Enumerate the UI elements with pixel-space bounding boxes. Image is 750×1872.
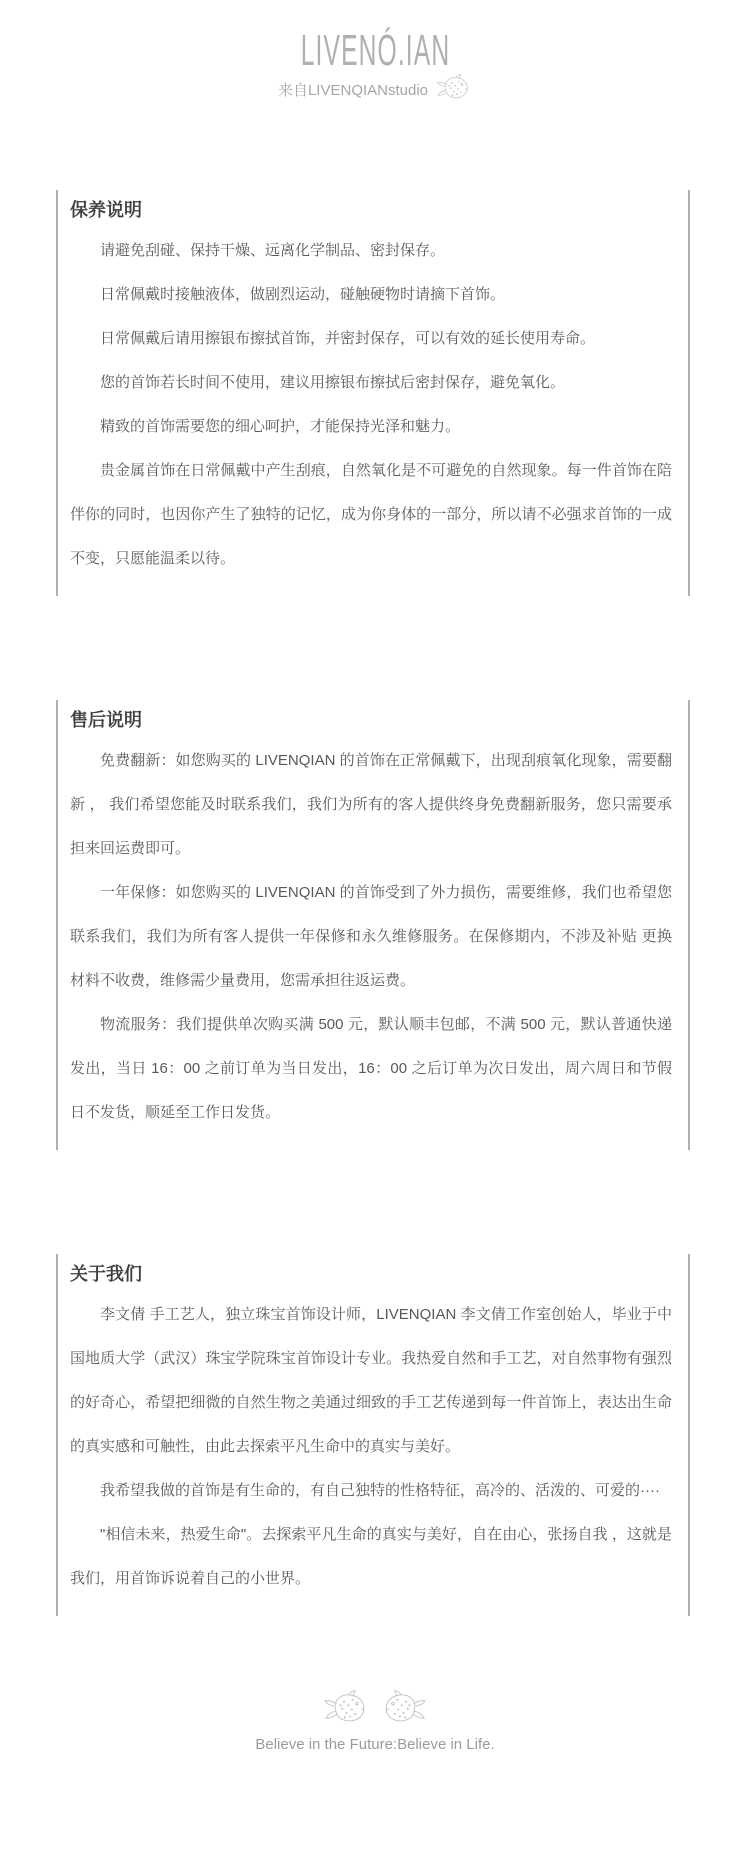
brand-subtitle: 来自LIVENQIANstudio <box>278 81 428 101</box>
aftersales-paragraph: 物流服务：我们提供单次购买满 500 元，默认顺丰包邮，不满 500 元，默认普… <box>70 1003 672 1135</box>
footer-slogan: Believe in the Future:Believe in Life. <box>0 1734 750 1756</box>
section-aftersales-title: 售后说明 <box>70 705 672 735</box>
pufferfish-icon-mirrored <box>380 1688 432 1726</box>
brand-header: LIVENÓ.IAN 来自LIVENQIANstudio <box>0 0 750 102</box>
about-paragraph: 我希望我做的首饰是有生命的，有自己独特的性格特征，高冷的、活泼的、可爱的···· <box>70 1469 672 1513</box>
about-paragraph: 李文倩 手工艺人，独立珠宝首饰设计师，LIVENQIAN 李文倩工作室创始人，毕… <box>70 1293 672 1469</box>
care-paragraph: 日常佩戴时接触液体，做剧烈运动，碰触硬物时请摘下首饰。 <box>70 273 672 317</box>
pufferfish-icon <box>432 72 472 102</box>
brand-logo: LIVENÓ.IAN <box>300 26 450 76</box>
section-care-title: 保养说明 <box>70 195 672 225</box>
section-aftersales: 售后说明 免费翻新：如您购买的 LIVENQIAN 的首饰在正常佩戴下，出现刮痕… <box>56 700 690 1150</box>
aftersales-paragraph: 免费翻新：如您购买的 LIVENQIAN 的首饰在正常佩戴下，出现刮痕氧化现象，… <box>70 739 672 871</box>
brand-subtitle-row: 来自LIVENQIANstudio <box>0 80 750 102</box>
pufferfish-icon <box>318 1688 370 1726</box>
aftersales-paragraph: 一年保修：如您购买的 LIVENQIAN 的首饰受到了外力损伤，需要维修，我们也… <box>70 871 672 1003</box>
section-care: 保养说明 请避免刮碰、保持干燥、远离化学制品、密封保存。 日常佩戴时接触液体，做… <box>56 190 690 596</box>
section-about-us-title: 关于我们 <box>70 1259 672 1289</box>
care-paragraph: 您的首饰若长时间不使用，建议用擦银布擦拭后密封保存，避免氧化。 <box>70 361 672 405</box>
care-paragraph: 请避免刮碰、保持干燥、远离化学制品、密封保存。 <box>70 229 672 273</box>
care-paragraph: 日常佩戴后请用擦银布擦拭首饰，并密封保存，可以有效的延长使用寿命。 <box>70 317 672 361</box>
footer-sketches <box>0 1688 750 1726</box>
page-footer: Believe in the Future:Believe in Life. <box>0 1688 750 1756</box>
care-paragraph: 贵金属首饰在日常佩戴中产生刮痕，自然氧化是不可避免的自然现象。每一件首饰在陪伴你… <box>70 449 672 581</box>
page: LIVENÓ.IAN 来自LIVENQIANstudio 保养说明 请避免刮碰、… <box>0 0 750 1872</box>
about-paragraph: "相信未来，热爱生命"。去探索平凡生命的真实与美好，自在由心，张扬自我 ，这就是… <box>70 1513 672 1601</box>
care-paragraph: 精致的首饰需要您的细心呵护，才能保持光泽和魅力。 <box>70 405 672 449</box>
section-about-us: 关于我们 李文倩 手工艺人，独立珠宝首饰设计师，LIVENQIAN 李文倩工作室… <box>56 1254 690 1616</box>
